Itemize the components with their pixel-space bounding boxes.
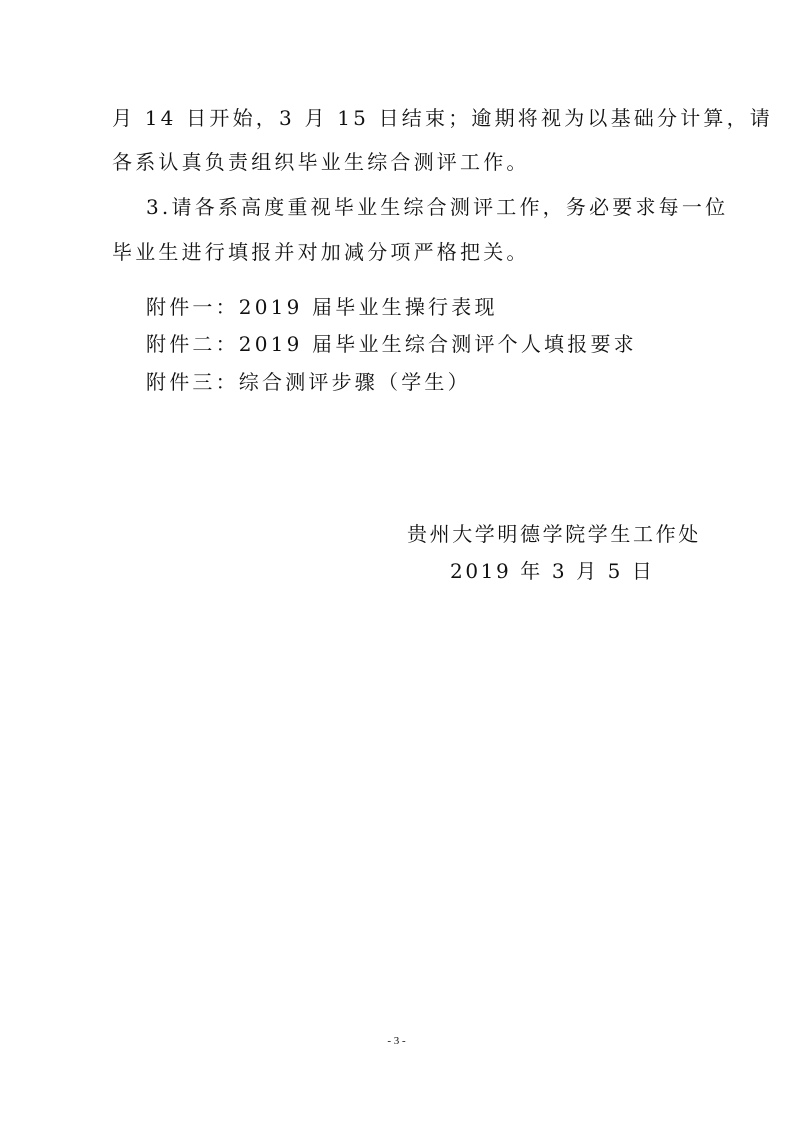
- signature-organization: 贵州大学明德学院学生工作处: [407, 518, 701, 547]
- paragraph-line: 3.请各系高度重视毕业生综合测评工作，务必要求每一位: [146, 195, 728, 219]
- attachment-item: 附件一：2019 届毕业生操行表现: [146, 295, 498, 319]
- page-number: - 3 -: [0, 1035, 793, 1047]
- paragraph-line: 各系认真负责组织毕业生综合测评工作。: [112, 150, 530, 174]
- attachment-item: 附件三：综合测评步骤（学生）: [146, 370, 471, 394]
- paragraph-line: 月 14 日开始，3 月 15 日结束；逾期将视为以基础分计算，请: [112, 106, 773, 130]
- signature-date: 2019 年 3 月 5 日: [450, 555, 655, 584]
- attachment-item: 附件二：2019 届毕业生综合测评个人填报要求: [146, 332, 637, 356]
- paragraph-line: 毕业生进行填报并对加减分项严格把关。: [112, 240, 530, 264]
